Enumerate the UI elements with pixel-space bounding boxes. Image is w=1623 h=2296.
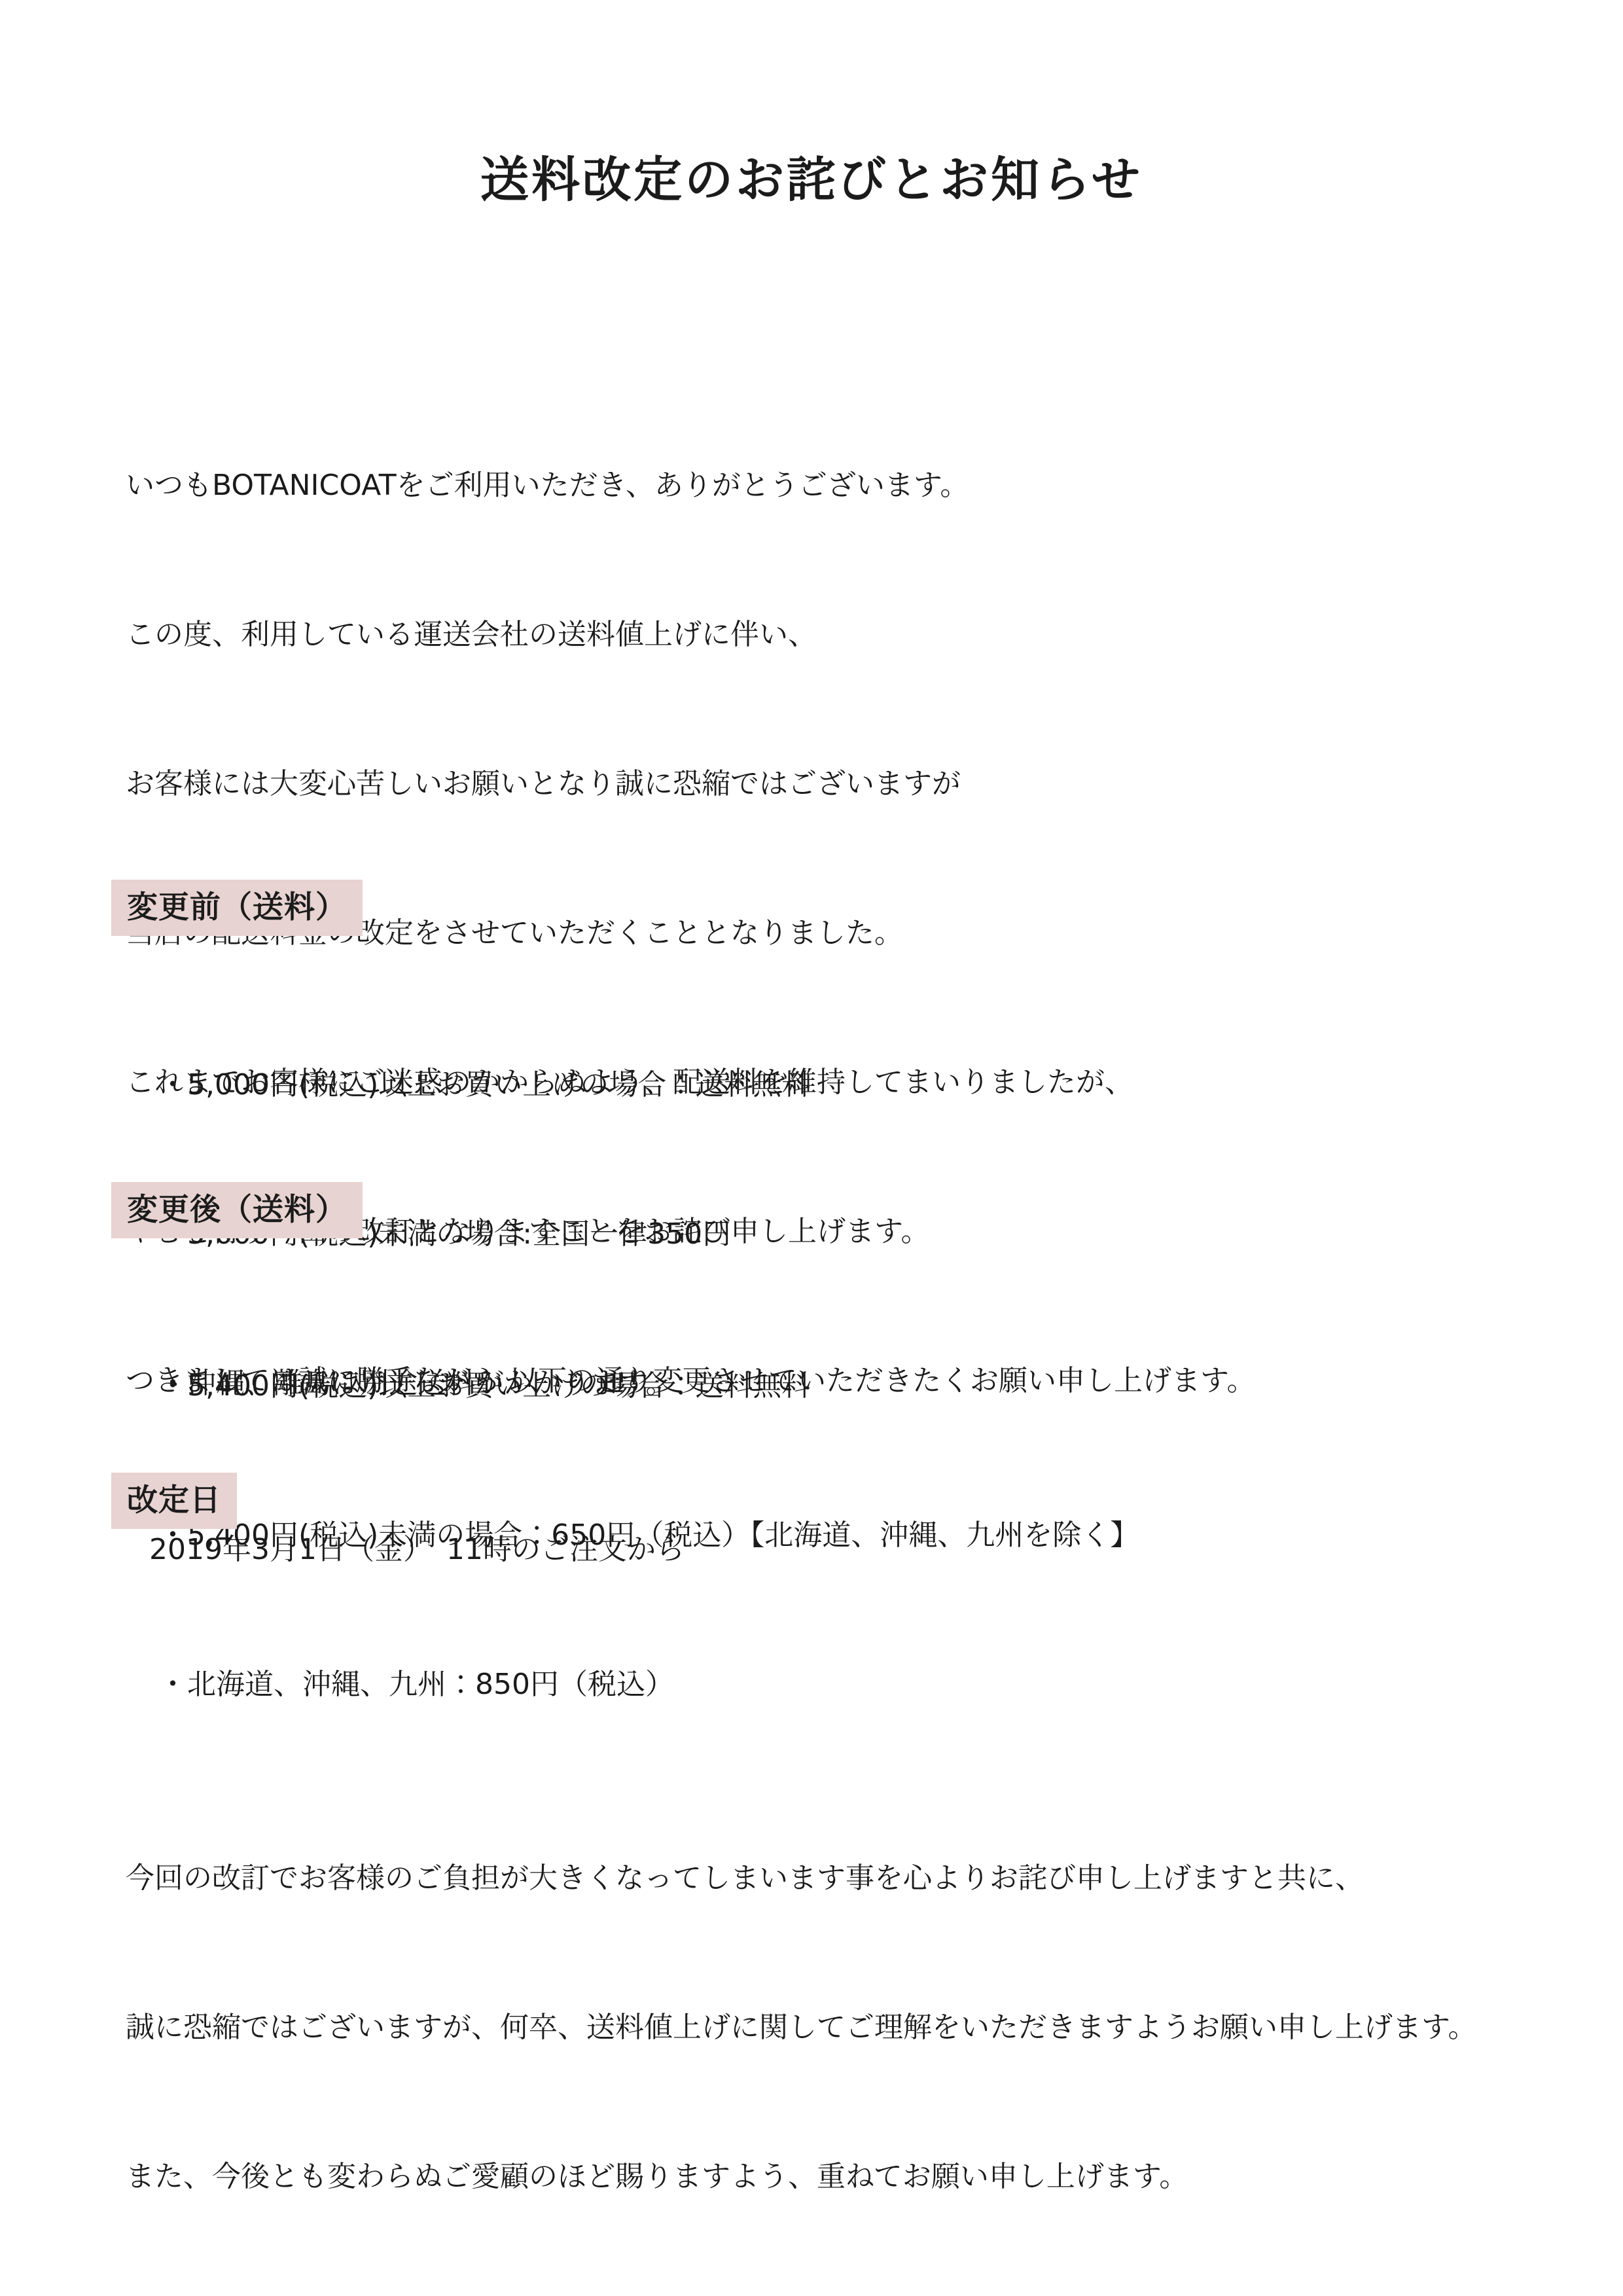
list-item: ・5,400円(税込)以上お買い上げの場合：送料無料 (158, 1361, 1139, 1411)
page-title: 送料改定のお詫びとお知らせ (0, 141, 1623, 211)
list-item: ・北海道、沖縄、九州：850円（税込） (158, 1660, 1139, 1710)
intro-line-2: この度、利用している運送会社の送料値上げに伴い、 (126, 610, 1255, 660)
closing-line-2: 誠に恐縮ではございますが、何卒、送料値上げに関してご理解をいただきますようお願い… (126, 2003, 1476, 2053)
list-item: ・5,000円(税込)以上お買い上げの場合：送料無料 (158, 1060, 810, 1110)
section-heading-revision-date: 改定日 (111, 1473, 237, 1529)
shipping-notice-page: 送料改定のお詫びとお知らせ いつもBOTANICOATをご利用いただき、ありがと… (0, 0, 1623, 2296)
closing-line-1: 今回の改訂でお客様のご負担が大きくなってしまいます事を心よりお詫び申し上げますと… (126, 1854, 1476, 1903)
section-heading-before-shipping: 変更前（送料） (111, 880, 363, 936)
intro-line-3: お客様には大変心苦しいお願いとなり誠に恐縮ではございますが (126, 759, 1255, 809)
revision-date-value: 2019年3月1日（金） 11時のご注文から (149, 1530, 685, 1570)
section-heading-after-shipping: 変更後（送料） (111, 1182, 363, 1238)
closing-line-3: また、今後とも変わらぬご愛顧のほど賜りますよう、重ねてお願い申し上げます。 (126, 2152, 1476, 2202)
intro-line-1: いつもBOTANICOATをご利用いただき、ありがとうございます。 (126, 461, 1255, 511)
closing-paragraph: 今回の改訂でお客様のご負担が大きくなってしまいます事を心よりお詫び申し上げますと… (126, 1754, 1476, 2296)
